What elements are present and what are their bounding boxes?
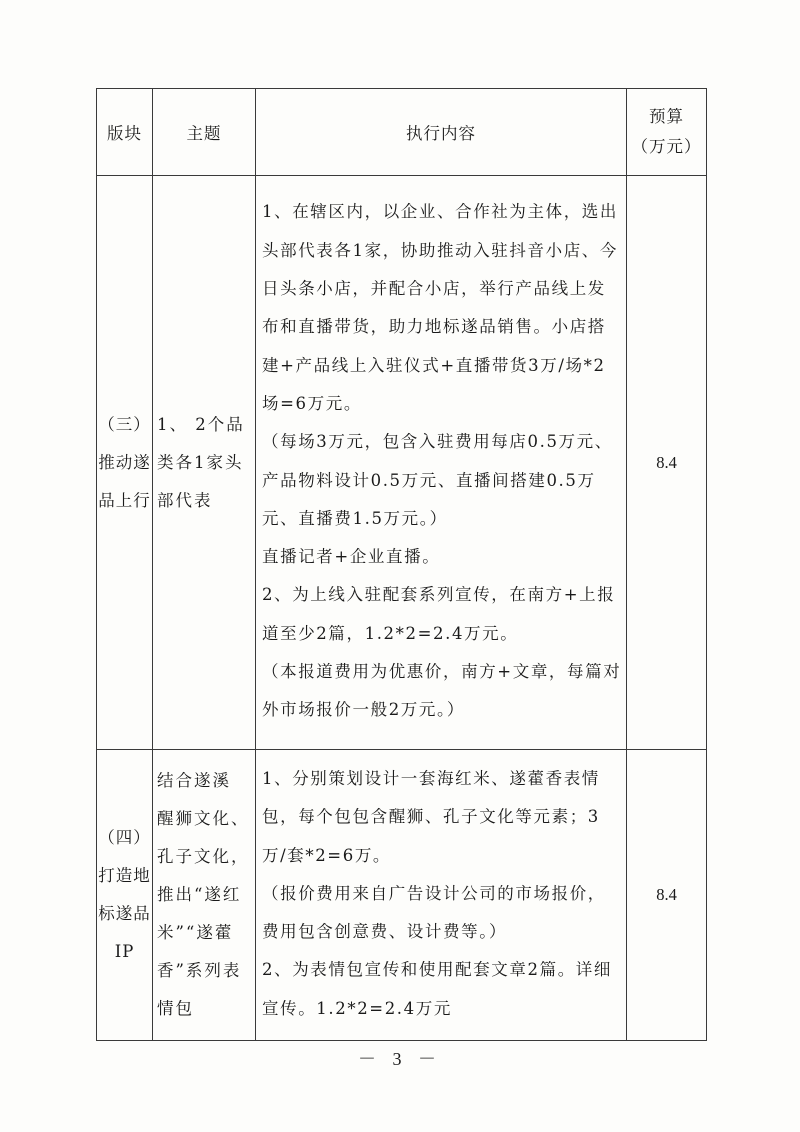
theme-line: 部代表: [157, 482, 251, 520]
section-line: （四）: [97, 819, 152, 857]
theme-line: 情包: [157, 990, 251, 1028]
budget-cell: 8.4: [627, 750, 707, 1041]
content-paragraph: 2、为表情包宣传和使用配套文章2篇。详细宣传。1.2*2=2.4万元: [262, 951, 622, 1028]
header-budget-line2: （万元）: [627, 132, 706, 162]
theme-line: 结合遂溪: [157, 762, 251, 800]
theme-line: 类各1家头: [157, 444, 251, 482]
content-cell: 1、在辖区内，以企业、合作社为主体，选出头部代表各1家，协助推动入驻抖音小店、今…: [256, 176, 627, 750]
section-cell: （四） 打造地 标遂品 IP: [97, 750, 153, 1041]
section-line: （三）: [97, 406, 152, 444]
page-number: － 3 －: [0, 1045, 800, 1071]
section-cell: （三） 推动遂 品上行: [97, 176, 153, 750]
content-paragraph: （报价费用来自广告设计公司的市场报价，费用包含创意费、设计费等。）: [262, 875, 622, 952]
section-line: 标遂品: [97, 895, 152, 933]
budget-table: 版块 主题 执行内容 预算 （万元） （三） 推动遂 品上行 1、 2个品 类各…: [96, 88, 707, 1041]
theme-cell: 结合遂溪 醒狮文化、 孔子文化， 推出“遂红 米”“遂藿 香”系列表 情包: [153, 750, 256, 1041]
header-content: 执行内容: [256, 89, 627, 176]
content-paragraph: 1、分别策划设计一套海红米、遂藿香表情包，每个包包含醒狮、孔子文化等元素；3万/…: [262, 760, 622, 875]
content-paragraph: （本报道费用为优惠价，南方+文章，每篇对外市场报价一般2万元。）: [262, 653, 622, 730]
theme-line: 醒狮文化、: [157, 800, 251, 838]
header-theme: 主题: [153, 89, 256, 176]
theme-line: 香”系列表: [157, 952, 251, 990]
theme-line: 孔子文化，: [157, 838, 251, 876]
header-budget-line1: 预算: [627, 102, 706, 132]
section-line: 推动遂: [97, 444, 152, 482]
section-line: 打造地: [97, 857, 152, 895]
content-paragraph: 2、为上线入驻配套系列宣传，在南方+上报道至少2篇，1.2*2=2.4万元。: [262, 576, 622, 653]
content-paragraph: 直播记者+企业直播。: [262, 538, 622, 576]
theme-cell: 1、 2个品 类各1家头 部代表: [153, 176, 256, 750]
content-paragraph: 1、在辖区内，以企业、合作社为主体，选出头部代表各1家，协助推动入驻抖音小店、今…: [262, 193, 622, 423]
header-budget: 预算 （万元）: [627, 89, 707, 176]
section-line: 品上行: [97, 482, 152, 520]
section-line: IP: [97, 933, 152, 971]
table-row: （三） 推动遂 品上行 1、 2个品 类各1家头 部代表 1、在辖区内，以企业、…: [97, 176, 707, 750]
content-cell: 1、分别策划设计一套海红米、遂藿香表情包，每个包包含醒狮、孔子文化等元素；3万/…: [256, 750, 627, 1041]
theme-line: 1、 2个品: [157, 406, 251, 444]
table-header-row: 版块 主题 执行内容 预算 （万元）: [97, 89, 707, 176]
table-row: （四） 打造地 标遂品 IP 结合遂溪 醒狮文化、 孔子文化， 推出“遂红 米”…: [97, 750, 707, 1041]
header-section: 版块: [97, 89, 153, 176]
theme-line: 米”“遂藿: [157, 914, 251, 952]
theme-line: 推出“遂红: [157, 876, 251, 914]
budget-cell: 8.4: [627, 176, 707, 750]
content-paragraph: （每场3万元，包含入驻费用每店0.5万元、产品物料设计0.5万元、直播间搭建0.…: [262, 423, 622, 538]
